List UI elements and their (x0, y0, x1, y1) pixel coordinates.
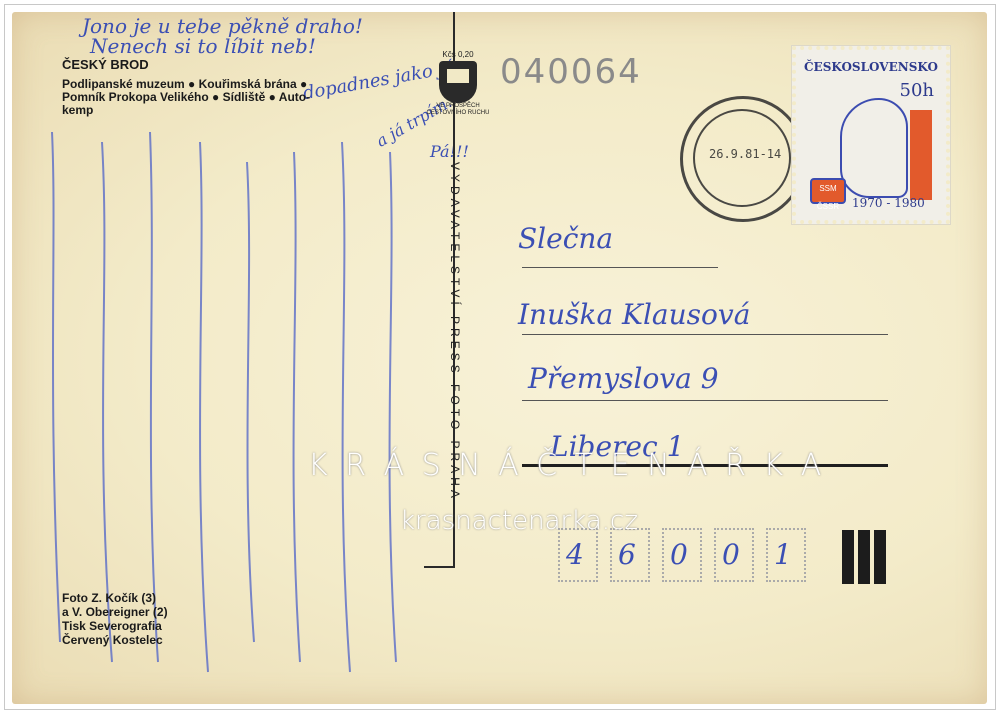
zip-digit: 1 (774, 538, 792, 571)
postmark-date: 26.9.81-14 (709, 147, 781, 161)
stamp-badge: SSM ČSSR (810, 178, 846, 204)
zip-digit: 0 (722, 538, 740, 571)
printer-credit: Červený Kostelec (62, 634, 163, 647)
address-line (522, 334, 888, 335)
zip-box: 4 (558, 528, 598, 582)
photo-credit: a V. Obereigner (2) (62, 606, 168, 619)
zip-digit: 0 (670, 538, 688, 571)
caption-title: ČESKÝ BROD (62, 58, 149, 71)
photo-credit: Foto Z. Kočík (3) (62, 592, 156, 605)
handwriting-signoff: Pá!!! (430, 142, 469, 161)
address-street: Přemyslova 9 (528, 362, 719, 395)
watermark-url: krasnactenarka.cz (400, 506, 638, 536)
postcard: 040064 Jono je u tebe pěkně draho! Nenec… (12, 12, 987, 704)
castle-emblem-icon (439, 61, 477, 103)
zip-box: 1 (766, 528, 806, 582)
emblem-text: VE PROSPĚCH CESTOVNÍHO RUCHU (426, 103, 490, 117)
stamp-value: 50h (900, 80, 935, 101)
handwriting-line: Nenech si to líbit neb! (90, 34, 316, 58)
zip-box: 0 (714, 528, 754, 582)
stamp-flag-icon (910, 110, 932, 200)
zip-digit: 4 (566, 538, 584, 571)
postage-stamp: ČESKOSLOVENSKO 50h SSM ČSSR 1970 - 1980 (792, 46, 950, 224)
address-line (522, 400, 888, 401)
caption-sights: kemp (62, 104, 93, 117)
printer-credit: Tisk Severografia (62, 620, 162, 633)
stamp-country: ČESKOSLOVENSKO (804, 60, 938, 74)
reference-number: 040064 (500, 52, 642, 92)
stamp-faces-icon (840, 98, 908, 198)
publisher-emblem: Kčs 0,20 VE PROSPĚCH CESTOVNÍHO RUCHU (426, 50, 490, 142)
postal-code-bars (842, 530, 890, 589)
postmark: 26.9.81-14 (680, 96, 806, 222)
stamp-years: 1970 - 1980 (852, 196, 925, 210)
address-line (522, 267, 718, 268)
zip-box: 0 (662, 528, 702, 582)
emblem-price: Kčs 0,20 (426, 50, 490, 59)
zip-digit: 6 (618, 538, 636, 571)
caption-sights: Pomník Prokopa Velikého ● Sídliště ● Aut… (62, 91, 310, 104)
watermark-title: K R Á S N Á Č T E N Á Ř K A (308, 448, 825, 483)
zip-box: 6 (610, 528, 650, 582)
divider-line (424, 566, 455, 568)
address-salutation: Slečna (518, 222, 613, 255)
address-name: Inuška Klausová (518, 298, 750, 331)
